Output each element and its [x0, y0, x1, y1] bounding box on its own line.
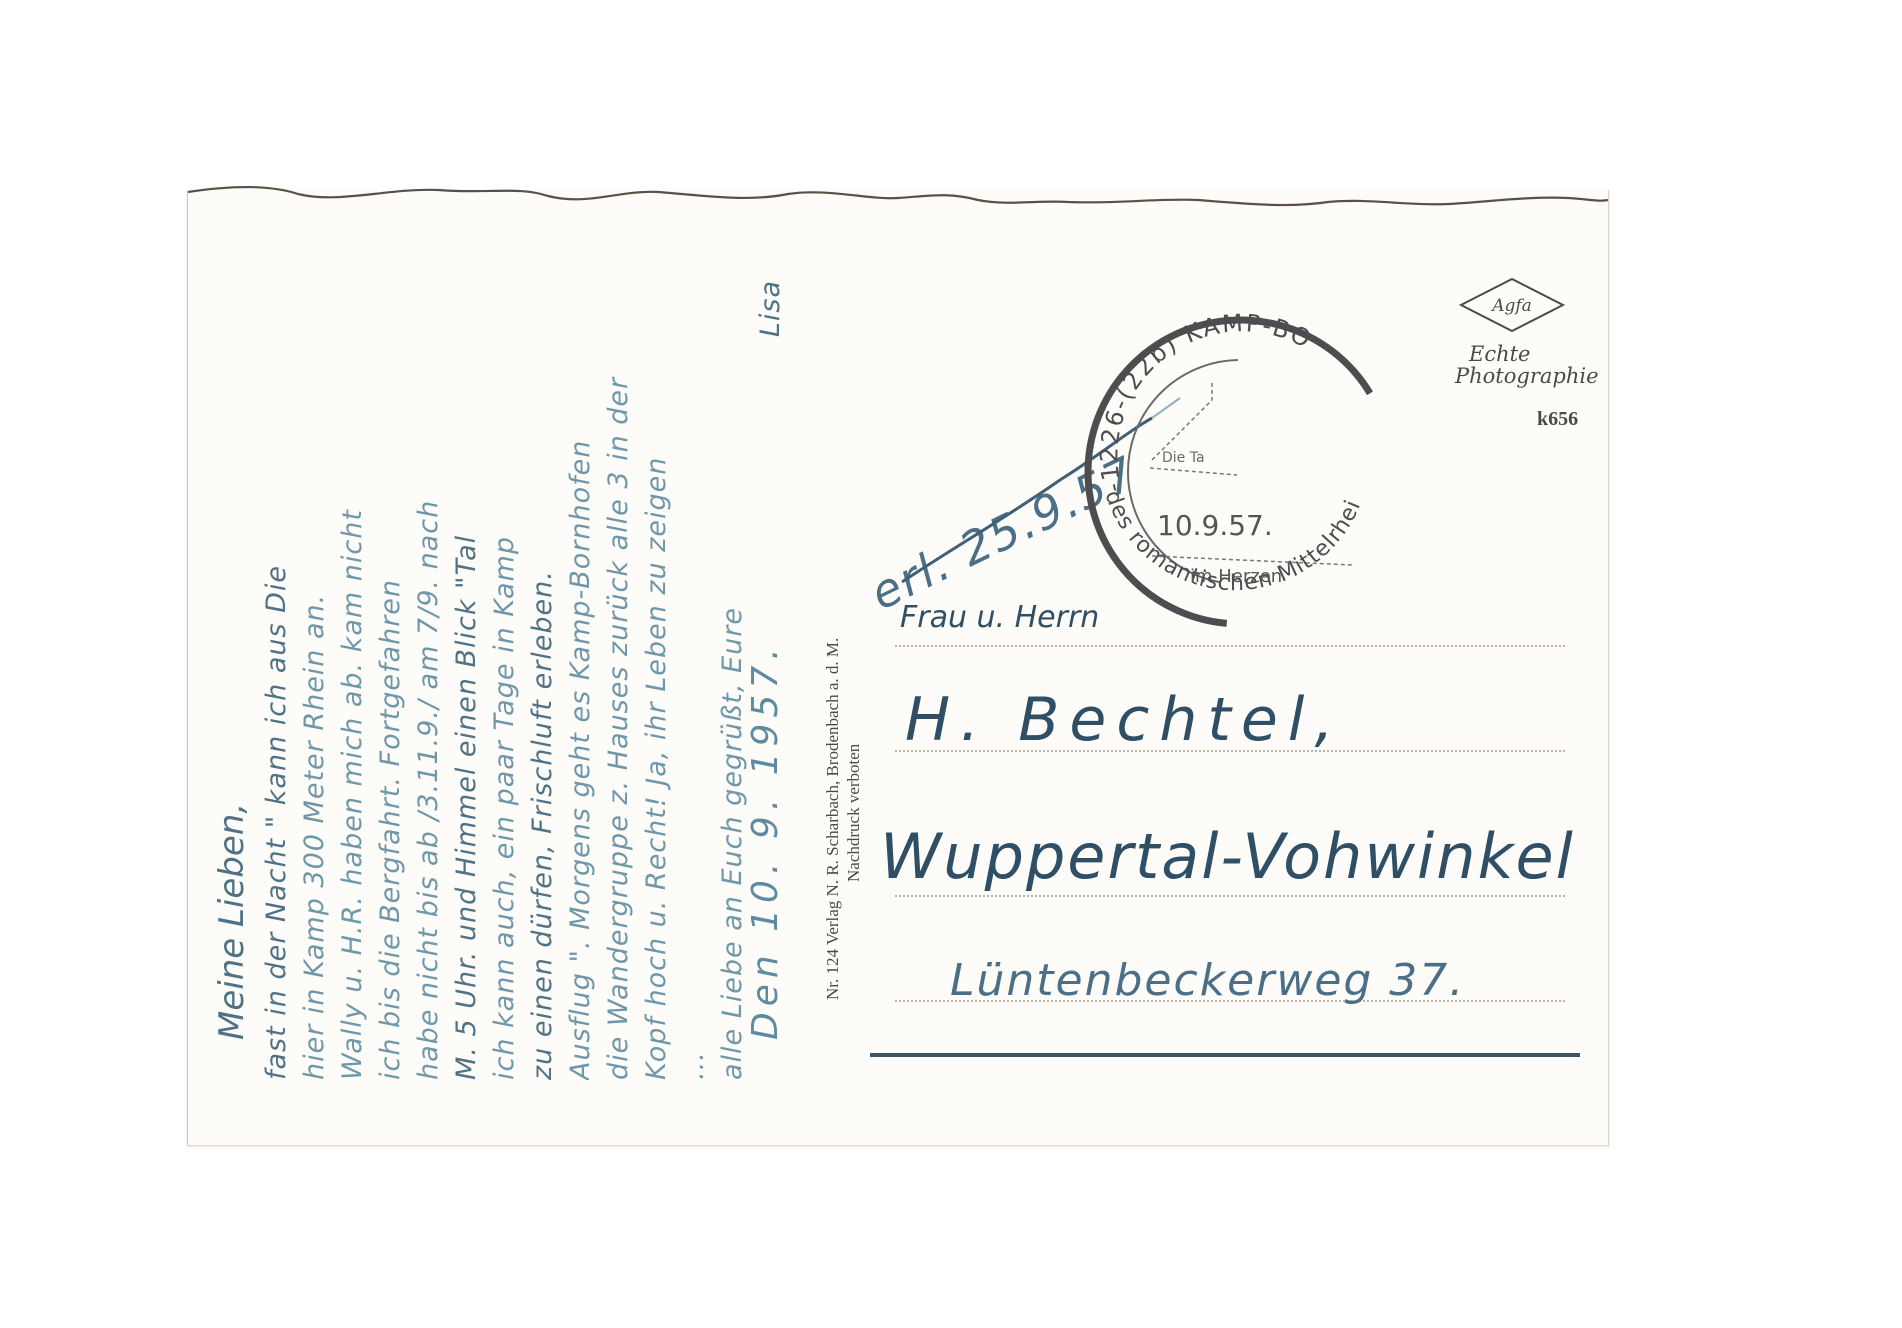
message-line: habe nicht bis ab /3.11.9./ am 7/9. nach	[410, 220, 448, 1080]
message-line: M. 5 Uhr. und Himmel einen Blick "Tal	[448, 220, 486, 1080]
city-underline	[870, 1053, 1580, 1057]
message-line: die Wandergruppe z. Hauses zurück alle 3…	[600, 220, 638, 1080]
imprint-line-1: Nr. 124 Verlag N. R. Scharbach, Brodenba…	[822, 380, 843, 1000]
postmark-slogan: im Herzen	[1190, 566, 1282, 587]
message-line: zu einen dürfen, Frischluft erleben.	[524, 220, 562, 1080]
message-line: ich kann auch, ein paar Tage in Kamp	[486, 220, 524, 1080]
message-date: Den 10. 9. 1957.	[745, 620, 795, 1040]
address-street: Lüntenbeckerweg 37.	[950, 955, 1465, 1006]
postmark-stamp: -1226-(22b) KAMP-BO des romantischen Mit…	[1062, 290, 1422, 650]
message-line: Ausflug ". Morgens geht es Kamp-Bornhofe…	[562, 220, 600, 1080]
imprint-line-2: Nachdruck verboten	[843, 380, 864, 1000]
address-salutation: Frau u. Herrn	[900, 600, 1099, 635]
svg-text:Agfa: Agfa	[1490, 296, 1532, 316]
message-line: Kopf hoch u. Recht! Ja, ihr Leben zu zei…	[638, 220, 676, 1080]
postmark-inner-text: Die Ta	[1162, 450, 1205, 466]
message-line: ...	[676, 220, 714, 1080]
address-name: H. Bechtel,	[905, 685, 1344, 755]
message-line: ich bis die Bergfahrt. Fortgefahren	[372, 220, 410, 1080]
photo-paper-label: Echte Photographie	[1455, 343, 1605, 387]
message-line: hier in Kamp 300 Meter Rhein an.	[296, 220, 334, 1080]
deckled-edge	[188, 180, 1608, 210]
message-greeting: Meine Lieben,	[206, 220, 258, 1080]
address-line	[895, 645, 1565, 647]
address-city: Wuppertal-Vohwinkel	[880, 820, 1575, 893]
card-reference-code: k656	[1537, 408, 1578, 431]
postmark-date: 10.9.57.	[1157, 509, 1273, 542]
photo-label-line-2: Photographie	[1455, 365, 1605, 387]
message-line: fast in der Nacht " kann ich aus Die	[258, 220, 296, 1080]
photo-label-line-1: Echte	[1455, 343, 1605, 365]
publisher-imprint: Nr. 124 Verlag N. R. Scharbach, Brodenba…	[822, 380, 872, 1000]
agfa-logo-icon: Agfa	[1457, 275, 1567, 335]
address-line	[895, 895, 1565, 897]
message-line: Wally u. H.R. haben mich ab. kam nicht	[334, 220, 372, 1080]
